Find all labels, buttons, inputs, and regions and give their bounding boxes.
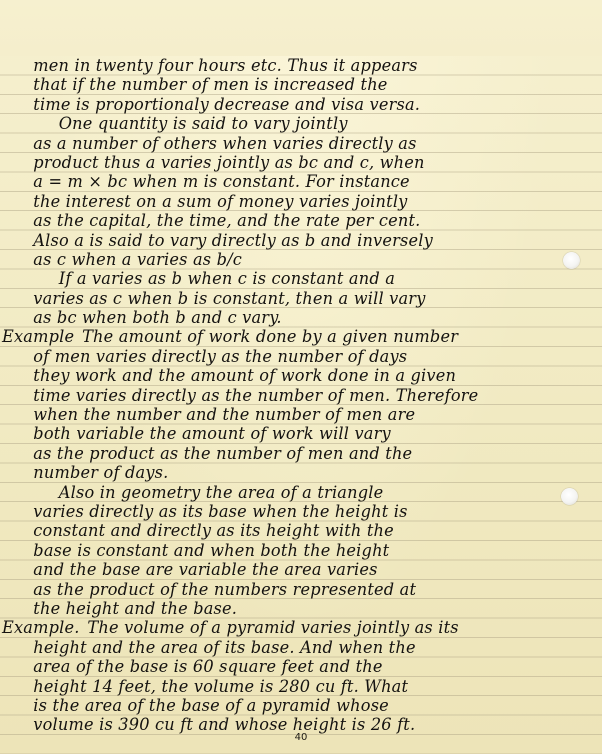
text-line: base is constant and when both the heigh… bbox=[0, 541, 548, 560]
page-number: 40 bbox=[0, 732, 602, 743]
text-line: height 14 feet, the volume is 280 cu ft.… bbox=[0, 677, 548, 696]
text-line: a = m × bc when m is constant. For insta… bbox=[0, 172, 548, 191]
line-text: product thus a varies jointly as bc and … bbox=[33, 153, 424, 172]
line-text: both variable the amount of work will va… bbox=[33, 424, 391, 443]
text-line: they work and the amount of work done in… bbox=[0, 366, 548, 385]
line-text: they work and the amount of work done in… bbox=[33, 366, 456, 385]
text-line: varies as c when b is constant, then a w… bbox=[0, 289, 548, 308]
handwritten-text: men in twenty four hours etc. Thus it ap… bbox=[0, 56, 560, 735]
line-text: constant and directly as its height with… bbox=[33, 521, 394, 540]
line-text: the height and the base. bbox=[33, 599, 237, 618]
text-line: as bc when both b and c vary. bbox=[0, 308, 548, 327]
text-line: of men varies directly as the number of … bbox=[0, 347, 548, 366]
punch-hole bbox=[561, 488, 578, 505]
line-text: The volume of a pyramid varies jointly a… bbox=[87, 618, 458, 637]
line-text: is the area of the base of a pyramid who… bbox=[33, 696, 389, 715]
line-text: number of days. bbox=[33, 463, 168, 482]
line-text: as the capital, the time, and the rate p… bbox=[33, 211, 420, 230]
example-label: Example bbox=[2, 327, 74, 346]
line-text: height and the area of its base. And whe… bbox=[33, 638, 415, 657]
line-text: Also a is said to vary directly as b and… bbox=[33, 231, 433, 250]
line-text: Also in geometry the area of a triangle bbox=[59, 483, 384, 502]
line-text: The amount of work done by a given numbe… bbox=[82, 327, 458, 346]
line-text: area of the base is 60 square feet and t… bbox=[33, 657, 382, 676]
line-text: base is constant and when both the heigh… bbox=[33, 541, 389, 560]
text-line: as the capital, the time, and the rate p… bbox=[0, 211, 548, 230]
line-text: height 14 feet, the volume is 280 cu ft.… bbox=[33, 677, 408, 696]
text-line: men in twenty four hours etc. Thus it ap… bbox=[0, 56, 548, 75]
text-line: is the area of the base of a pyramid who… bbox=[0, 696, 548, 715]
line-text: as c when a varies as b/c bbox=[33, 250, 242, 269]
text-line: as c when a varies as b/c bbox=[0, 250, 548, 269]
example-line: ExampleThe amount of work done by a give… bbox=[0, 327, 548, 346]
line-text: time is proportionaly decrease and visa … bbox=[33, 95, 420, 114]
line-text: as bc when both b and c vary. bbox=[33, 308, 281, 327]
line-text: time varies directly as the number of me… bbox=[33, 386, 478, 405]
text-line: area of the base is 60 square feet and t… bbox=[0, 657, 548, 676]
line-text: One quantity is said to vary jointly bbox=[59, 114, 348, 133]
text-line: and the base are variable the area varie… bbox=[0, 560, 548, 579]
text-line: as a number of others when varies direct… bbox=[0, 134, 548, 153]
text-line: as the product of the numbers represente… bbox=[0, 580, 548, 599]
text-line: time varies directly as the number of me… bbox=[0, 386, 548, 405]
text-line: Also a is said to vary directly as b and… bbox=[0, 231, 548, 250]
paragraph-start-line: One quantity is said to vary jointly bbox=[0, 114, 548, 133]
line-text: varies as c when b is constant, then a w… bbox=[33, 289, 425, 308]
text-line: the height and the base. bbox=[0, 599, 548, 618]
line-text: varies directly as its base when the hei… bbox=[33, 502, 407, 521]
line-text: that if the number of men is increased t… bbox=[33, 75, 387, 94]
line-text: If a varies as b when c is constant and … bbox=[59, 269, 395, 288]
text-line: the interest on a sum of money varies jo… bbox=[0, 192, 548, 211]
notebook-page: men in twenty four hours etc. Thus it ap… bbox=[0, 0, 602, 754]
text-line: number of days. bbox=[0, 463, 548, 482]
text-line: constant and directly as its height with… bbox=[0, 521, 548, 540]
line-text: as the product as the number of men and … bbox=[33, 444, 412, 463]
text-line: as the product as the number of men and … bbox=[0, 444, 548, 463]
line-text: the interest on a sum of money varies jo… bbox=[33, 192, 407, 211]
text-line: varies directly as its base when the hei… bbox=[0, 502, 548, 521]
line-text: and the base are variable the area varie… bbox=[33, 560, 377, 579]
punch-hole bbox=[563, 252, 580, 269]
line-text: a = m × bc when m is constant. For insta… bbox=[33, 172, 410, 191]
top-margin bbox=[0, 0, 602, 56]
example-line: Example.The volume of a pyramid varies j… bbox=[0, 618, 548, 637]
paragraph-start-line: Also in geometry the area of a triangle bbox=[0, 483, 548, 502]
text-line: when the number and the number of men ar… bbox=[0, 405, 548, 424]
line-text: men in twenty four hours etc. Thus it ap… bbox=[33, 56, 417, 75]
text-line: that if the number of men is increased t… bbox=[0, 75, 548, 94]
text-line: time is proportionaly decrease and visa … bbox=[0, 95, 548, 114]
example-label: Example. bbox=[2, 618, 80, 637]
line-text: as a number of others when varies direct… bbox=[33, 134, 416, 153]
text-line: height and the area of its base. And whe… bbox=[0, 638, 548, 657]
text-line: product thus a varies jointly as bc and … bbox=[0, 153, 548, 172]
paragraph-start-line: If a varies as b when c is constant and … bbox=[0, 269, 548, 288]
line-text: as the product of the numbers represente… bbox=[33, 580, 416, 599]
line-text: when the number and the number of men ar… bbox=[33, 405, 415, 424]
text-line: both variable the amount of work will va… bbox=[0, 424, 548, 443]
line-text: of men varies directly as the number of … bbox=[33, 347, 407, 366]
